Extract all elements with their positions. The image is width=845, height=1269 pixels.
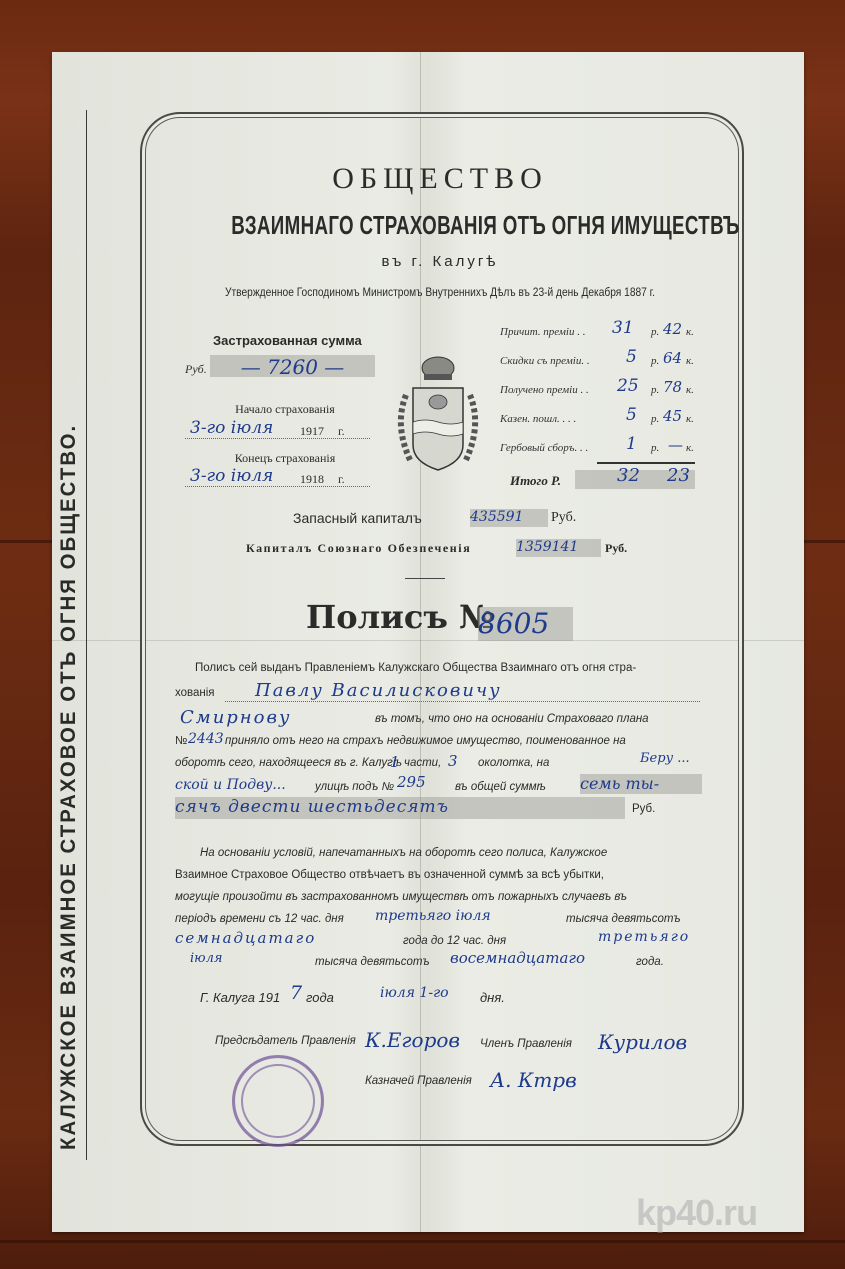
body-line: года до 12 час. дня xyxy=(403,935,506,947)
total-rule xyxy=(597,462,695,464)
street-name-b: ской и Подву... xyxy=(175,777,286,793)
header-title: ОБЩЕСТВО xyxy=(150,162,730,196)
body-line: въ общей суммѣ xyxy=(455,781,546,793)
end-date-line xyxy=(185,486,370,487)
chairman-signature: К.Егоров xyxy=(365,1028,460,1052)
kaluga-coat-of-arms-icon xyxy=(388,350,488,480)
body-line: улицѣ подъ № xyxy=(315,781,394,793)
reserve-capital-value: 435591 xyxy=(470,509,548,527)
header-subtitle: ВЗАИМНАГО СТРАХОВАНІЯ ОТЪ ОГНЯ ИМУЩЕСТВЪ xyxy=(231,210,649,241)
side-border-line xyxy=(86,110,87,1160)
plan-number: 2443 xyxy=(188,731,224,747)
member-signature: Курилов xyxy=(598,1030,687,1054)
holder-last-name: Смирнову xyxy=(180,707,291,728)
kop-unit: к. xyxy=(686,326,694,338)
body-line: Полисъ сей выданъ Правленіемъ Калужскаго… xyxy=(195,662,636,674)
body-line: приняло отъ него на страхъ недвижимое им… xyxy=(225,735,626,747)
insured-sum-title: Застрахованная сумма xyxy=(213,333,362,348)
body-line: могущіе произойти въ застрахованномъ иму… xyxy=(175,891,627,903)
fee-label: Казен. пошл. . . . xyxy=(500,413,576,425)
body-line: періодъ времени съ 12 час. дня xyxy=(175,913,344,925)
ornament-divider xyxy=(405,578,445,579)
insured-sum-value: — 7260 — xyxy=(210,355,375,377)
body-line: части, xyxy=(404,757,441,769)
policy-title: Полисъ № xyxy=(306,598,494,636)
rub-unit: р. xyxy=(651,413,659,425)
body-line: хованія xyxy=(175,687,215,699)
start-year: 1917 xyxy=(300,424,324,439)
end-date: 3-го іюля xyxy=(190,466,273,486)
fee-rub: 31 xyxy=(612,318,634,338)
total-kop: 23 xyxy=(667,465,690,486)
fee-kop: — xyxy=(668,436,683,454)
fee-rub: 5 xyxy=(626,405,637,425)
start-year-suffix: г. xyxy=(338,424,345,439)
union-capital-label: Капиталъ Союзнаго Обезпеченія xyxy=(246,541,471,556)
treasurer-signature: А. Ктрв xyxy=(490,1068,577,1092)
to-year-words: восемнадцатаго xyxy=(450,949,585,967)
union-capital-value: 1359141 xyxy=(516,539,601,557)
from-year-words: семнадцатаго xyxy=(175,929,316,947)
fee-label: Получено преміи . . xyxy=(500,384,589,396)
fee-label: Гербовый сборъ. . . xyxy=(500,442,588,454)
member-label: Членъ Правленія xyxy=(480,1038,572,1050)
fee-kop: 42 xyxy=(663,320,682,338)
body-line: На основаніи условій, напечатанныхъ на о… xyxy=(200,847,607,859)
sum-in-words-b: сячъ двести шестьдесятъ xyxy=(175,797,625,819)
kop-unit: к. xyxy=(686,442,694,454)
body-line: оборотѣ сего, находящееся въ г. Калугѣ xyxy=(175,757,402,769)
sum-in-words-a: семь ты- xyxy=(580,774,702,794)
body-line: въ томъ, что оно на основаніи Страховаго… xyxy=(375,713,649,725)
union-capital-unit: Руб. xyxy=(605,541,627,556)
header-approval: Утвержденное Господиномъ Министромъ Внут… xyxy=(194,285,687,299)
holder-first-name: Павлу Василисковичу xyxy=(255,680,502,701)
fee-rub: 25 xyxy=(617,376,639,396)
reserve-capital-label: Запасный капиталъ xyxy=(293,510,422,526)
issue-date: іюля 1-го xyxy=(380,985,449,1001)
house-number: 295 xyxy=(397,773,426,791)
chairman-label: Предсѣдатель Правленія xyxy=(215,1035,356,1047)
wood-plank-seam xyxy=(0,1240,845,1243)
district-number: 3 xyxy=(448,752,458,770)
total-label: Итого Р. xyxy=(510,473,561,489)
end-year: 1918 xyxy=(300,472,324,487)
fee-label: Скидки съ преміи. . xyxy=(500,355,590,367)
policy-number: 8605 xyxy=(478,607,573,641)
city-part: 1 xyxy=(390,753,400,771)
total-rub: 32 xyxy=(617,465,640,486)
fee-kop: 64 xyxy=(663,349,682,367)
fee-rub: 5 xyxy=(626,347,637,367)
body-line: Взаимное Страховое Общество отвѣчаетъ въ… xyxy=(175,869,604,881)
kop-unit: к. xyxy=(686,384,694,396)
body-line: околотка, на xyxy=(478,757,549,769)
street-name-a: Беру ... xyxy=(640,751,690,766)
body-line: тысяча девятьсотъ xyxy=(566,913,681,925)
rub-unit: р. xyxy=(651,355,659,367)
kop-unit: к. xyxy=(686,355,694,367)
body-line: тысяча девятьсотъ xyxy=(315,956,430,968)
holder-line xyxy=(225,701,700,702)
end-label: Конецъ страхованія xyxy=(200,451,370,466)
start-date-line xyxy=(185,438,370,439)
rub-unit: Руб. xyxy=(632,803,655,815)
fee-label: Причит. преміи . . xyxy=(500,326,585,338)
header-city: въ г. Калугѣ xyxy=(150,253,730,270)
rub-unit: р. xyxy=(651,384,659,396)
to-day-b: іюля xyxy=(190,951,223,966)
official-seal-stamp xyxy=(232,1055,324,1147)
insured-sum-currency: Руб. xyxy=(185,362,207,377)
fee-kop: 45 xyxy=(663,407,682,425)
plan-prefix: № xyxy=(175,735,187,747)
issue-city: Г. Калуга 191 xyxy=(200,990,280,1005)
start-label: Начало страхованія xyxy=(200,402,370,417)
body-line: года. xyxy=(636,956,664,968)
issue-day-label: дня. xyxy=(480,990,505,1005)
watermark: kp40.ru xyxy=(636,1192,757,1234)
issue-year-label: года xyxy=(306,990,334,1005)
fee-rub: 1 xyxy=(626,434,637,454)
rub-unit: р. xyxy=(651,326,659,338)
start-date: 3-го іюля xyxy=(190,418,273,438)
rub-unit: р. xyxy=(651,442,659,454)
end-year-suffix: г. xyxy=(338,472,345,487)
fee-kop: 78 xyxy=(663,378,682,396)
to-day-a: третьяго xyxy=(598,929,690,945)
side-banner-text: КАЛУЖСКОЕ ВЗАИМНОЕ СТРАХОВОЕ ОТЪ ОГНЯ ОБ… xyxy=(57,424,81,1150)
from-day: третьяго іюля xyxy=(375,908,491,924)
treasurer-label: Казначей Правленія xyxy=(365,1075,472,1087)
reserve-capital-unit: Руб. xyxy=(551,510,576,526)
issue-year-digit: 7 xyxy=(290,982,302,1004)
kop-unit: к. xyxy=(686,413,694,425)
